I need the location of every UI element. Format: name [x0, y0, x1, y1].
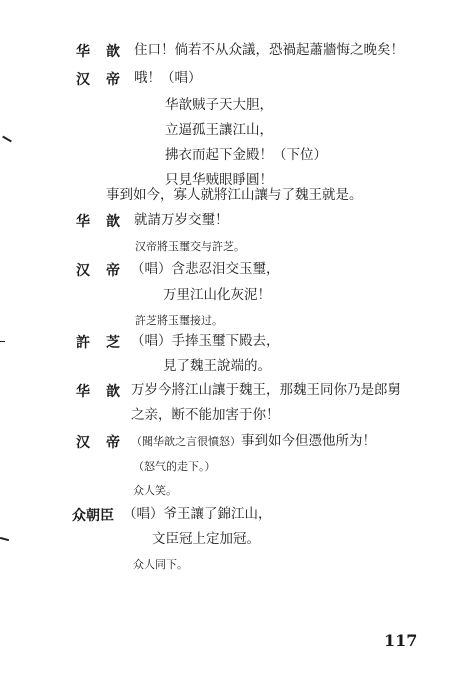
speaker-char: 帝	[106, 69, 120, 89]
stage-direction: 众人同下。	[133, 556, 188, 574]
stage-direction: （聞华歆之言很憤怒）	[131, 435, 241, 448]
speaker-name: 汉帝	[76, 260, 90, 280]
stage-direction: 許芝將玉璽接过。	[135, 312, 223, 330]
speaker-char: 汉	[76, 72, 90, 88]
verse-line: 見了魏王說端的。	[163, 357, 271, 375]
speaker-char: 华	[76, 384, 90, 400]
verse-line: 立逼孤王讓江山，	[165, 121, 273, 139]
verse-line: 文臣冠上定加冠。	[152, 530, 260, 548]
dialogue-line: 住口！倘若不从众議，恐禍起蕭牆悔之晚矣！	[134, 41, 404, 59]
speaker-char: 芝	[106, 332, 120, 352]
speaker-char: 华	[76, 44, 90, 60]
dialogue-line: 万岁今將江山讓于魏王，那魏王同你乃是郎舅	[131, 381, 401, 399]
dialogue-line: （唱）爷王讓了錦江山，	[123, 505, 272, 523]
speaker-char: 歆	[106, 41, 120, 61]
speaker-name: 汉帝	[76, 432, 90, 452]
speaker-name: 众朝臣	[72, 505, 114, 525]
speaker-char: 帝	[106, 260, 120, 280]
speaker-char: 歆	[106, 211, 120, 231]
margin-mark	[2, 136, 12, 143]
speaker-name: 华歆	[76, 41, 90, 61]
speaker-char: 帝	[106, 432, 120, 452]
speaker-char: 华	[76, 214, 90, 230]
stage-direction: 众人笑。	[133, 482, 177, 500]
speaker-char: 許	[76, 335, 90, 351]
book-page: 华歆 住口！倘若不从众議，恐禍起蕭牆悔之晚矣！ 汉帝 哦！（唱） 华歆贼子天大胆…	[0, 0, 466, 690]
verse-line: 万里江山化灰泥！	[163, 286, 271, 304]
speaker-char: 众朝臣	[72, 508, 114, 524]
speaker-char: 歆	[106, 381, 120, 401]
dialogue-line: 就請万岁交璽！	[134, 211, 229, 229]
speaker-name: 华歆	[76, 381, 90, 401]
stage-direction: 汉帝將玉璽交与許芝。	[135, 238, 245, 256]
speaker-name: 許芝	[76, 332, 90, 352]
speaker-char: 汉	[76, 435, 90, 451]
dialogue-line: （聞华歆之言很憤怒）事到如今但憑他所为！	[131, 432, 376, 451]
dialogue-line: 之亲，断不能加害于你！	[131, 406, 280, 424]
speaker-name: 华歆	[76, 211, 90, 231]
dialogue-line: 哦！（唱）	[134, 69, 202, 87]
margin-mark	[0, 341, 5, 342]
stage-direction: （怒气的走下。）	[133, 458, 216, 476]
dialogue-line: （唱）含悲忍泪交玉璽，	[131, 260, 280, 278]
dialogue-line: 事到如今，寡人就將江山讓与了魏王就是。	[106, 186, 363, 204]
page-number: 117	[384, 631, 417, 650]
dialogue-line: （唱）手捧玉璽下殿去，	[131, 332, 280, 350]
verse-line: 拂衣而起下金殿！（下位）	[165, 146, 327, 164]
dialogue-text: 事到如今但憑他所为！	[241, 433, 376, 449]
verse-line: 华歆贼子天大胆，	[165, 96, 273, 114]
speaker-name: 汉帝	[76, 69, 90, 89]
margin-mark	[0, 537, 9, 541]
speaker-char: 汉	[76, 263, 90, 279]
